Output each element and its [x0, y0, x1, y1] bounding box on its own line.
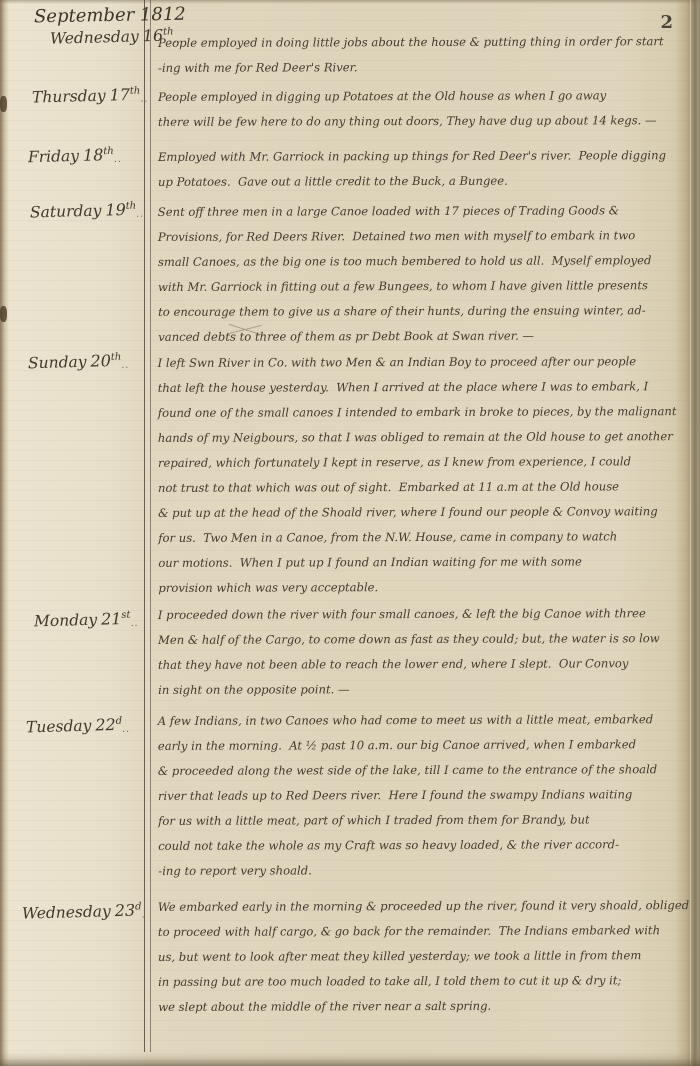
entry-date-dots: .. — [140, 94, 148, 104]
entry-date-day: Monday — [34, 611, 98, 631]
month-heading: September 1812 — [34, 4, 186, 28]
entry-body: I left Swn River in Co. with two Men & a… — [158, 349, 699, 601]
entry-date: Sunday20th.. — [28, 351, 130, 374]
entry-body: A few Indians, in two Canoes who had com… — [158, 707, 699, 884]
entry-date-day: Sunday — [28, 353, 87, 373]
entry-date-day: Wednesday — [50, 27, 139, 47]
entry-date-day: Wednesday — [22, 902, 111, 922]
entry-date-day: Friday — [28, 147, 80, 166]
entry-date-suffix: th — [126, 201, 137, 212]
entry-date-dots: .. — [131, 619, 139, 629]
entry-body: We embarked early in the morning & proce… — [158, 893, 698, 1020]
margin-column-rule — [144, 0, 151, 1052]
entry-body: People employed in doing little jobs abo… — [158, 29, 698, 81]
entry-date-dots: .. — [136, 210, 144, 220]
bottom-page-edge — [0, 1052, 700, 1066]
entry-date-num: 18 — [83, 145, 104, 165]
entry-body: I proceeded down the river with four sma… — [158, 601, 698, 703]
entry-date: Friday18th.. — [28, 145, 122, 167]
entry-date: Tuesday22d.. — [26, 715, 130, 738]
left-page-edge — [0, 0, 9, 1066]
entry-date-day: Saturday — [30, 202, 102, 222]
page-edge-nick — [0, 96, 7, 112]
entry-body: Employed with Mr. Garriock in packing up… — [158, 143, 698, 195]
entry-date-suffix: th — [103, 146, 114, 157]
entry-date-num: 21 — [101, 609, 122, 629]
entry-date-dots: .. — [122, 725, 130, 735]
journal-page: 2 September 1812 Wednesday16th.. People … — [0, 0, 700, 1066]
entry-date: Wednesday23d. — [22, 900, 146, 923]
entry-date: Saturday19th.. — [30, 200, 144, 223]
entry-date-num: 19 — [105, 200, 126, 220]
entry-date-num: 23 — [115, 901, 136, 921]
entry-date-suffix: th — [130, 86, 141, 97]
entry-body: Sent off three men in a large Canoe load… — [158, 198, 699, 350]
entry-date-suffix: st — [121, 610, 130, 621]
entry-date: Thursday17th.. — [32, 84, 149, 107]
page-edge-nick — [0, 306, 7, 322]
entry-date-dots: .. — [121, 361, 129, 371]
entry-date: Monday21st.. — [34, 609, 139, 632]
entry-date-num: 22 — [95, 715, 116, 735]
entry-date-day: Thursday — [32, 87, 106, 107]
entry-date-suffix: th — [111, 352, 122, 363]
entry-date-dots: .. — [114, 155, 122, 165]
entry-body: People employed in digging up Potatoes a… — [158, 83, 698, 135]
entry-date-num: 20 — [90, 351, 111, 371]
page-top-edge — [0, 0, 700, 4]
entry-date-dots: . — [142, 910, 146, 920]
entry-date-day: Tuesday — [26, 717, 92, 737]
entry-date-num: 17 — [109, 85, 130, 105]
